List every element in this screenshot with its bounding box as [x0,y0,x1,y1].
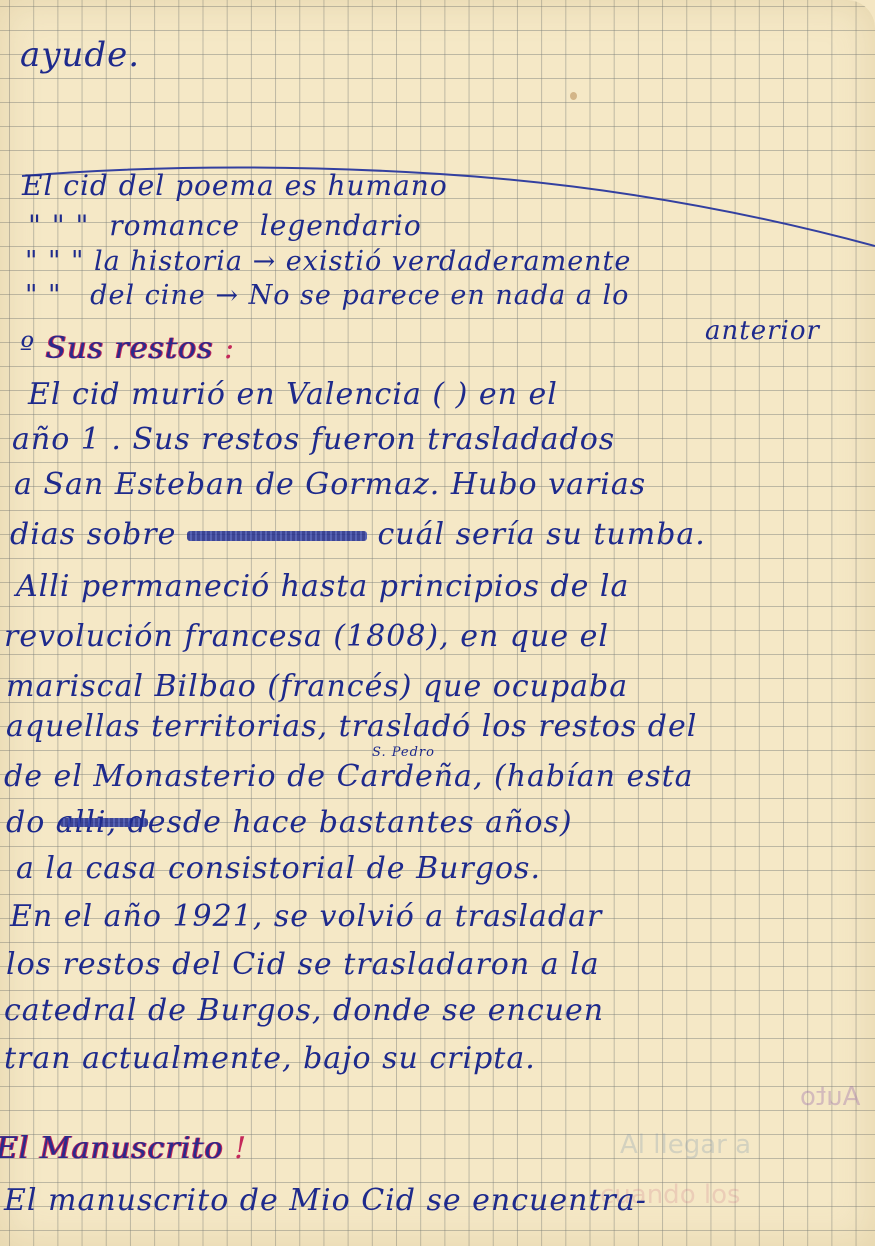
bullet-mark: º [20,331,35,366]
arrow-icon: → [215,280,239,311]
body-line: dias sobre cuál sería su tumba. [10,520,706,550]
paper-stain [570,92,577,100]
section-heading-manuscrito: El Manuscrito ! [0,1134,247,1164]
comparison-line-historia: " " " la historia → existió verdaderamen… [25,248,631,275]
comparison-line-anterior: anterior [705,318,820,344]
body-line: aquellas territorias, trasladó los resto… [6,712,697,742]
body-line: a San Esteban de Gormaz. Hubo varias [14,470,646,500]
body-line: revolución francesa (1808), en que el [4,622,609,652]
body-line: El cid murió en Valencia ( ) en el [28,380,558,410]
body-line: En el año 1921, se volvió a trasladar [10,902,602,932]
body-line: catedral de Burgos, donde se encuen [4,996,604,1026]
body-line: Alli permaneció hasta principios de la [16,572,629,602]
arrow-icon: → [253,246,277,277]
comparison-line-romance: " " " romance legendario [28,212,422,240]
comparison-line-cine: " " del cine → No se parece en nada a lo [25,282,629,309]
interlinear-insert: S. Pedro [372,746,435,759]
body-line: mariscal Bilbao (francés) que ocupaba [6,672,628,702]
crossed-out-word [60,818,148,827]
notebook-page: Auto Al llegar a cuando los ayude. El ci… [0,0,875,1246]
bleed-through-text: Al llegar a [620,1130,751,1160]
section-heading-restos: º Sus restos : [20,334,235,364]
comparison-line-poema: El cid del poema es humano [22,172,448,200]
crossed-out-word [187,531,367,541]
body-line: año 1 . Sus restos fueron trasladados [12,425,615,455]
body-line: de el Monasterio de Cardeña, (habían est… [4,762,694,792]
body-line: a la casa consistorial de Burgos. [16,854,541,884]
bleed-through-text: Auto [800,1082,860,1112]
body-line: El manuscrito de Mio Cid se encuentra- [4,1186,647,1216]
text-fragment-ayude: ayude. [20,38,140,72]
body-line: tran actualmente, bajo su cripta. [4,1044,536,1074]
body-line: los restos del Cid se trasladaron a la [6,950,600,980]
